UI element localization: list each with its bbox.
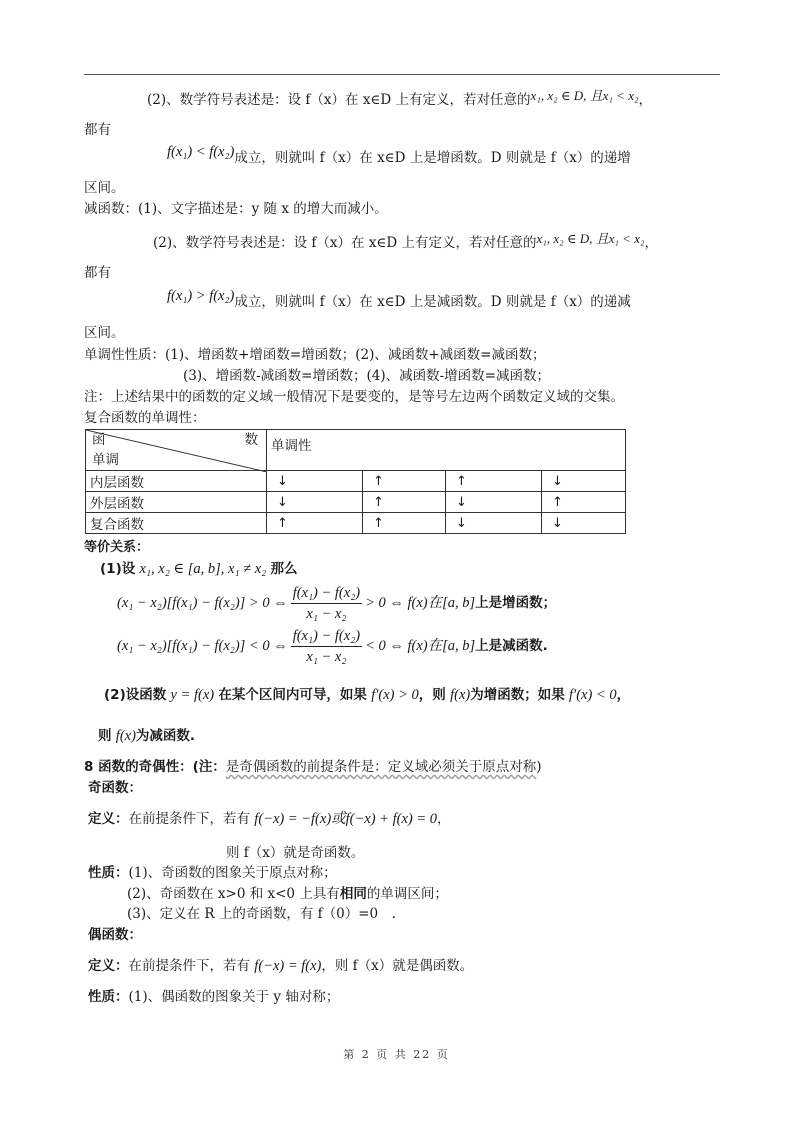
odd-prop2-a: (2)、奇函数在 x>0 和 x<0 上具有: [127, 886, 340, 902]
arrow-icon: ↓: [542, 471, 626, 492]
arrow-icon: ↓: [267, 492, 363, 513]
table-row: 复合函数 ↑ ↑ ↓ ↓: [86, 513, 626, 534]
arrow-icon: ↑: [446, 471, 542, 492]
page-footer: 第 2 页 共 22 页: [0, 1046, 793, 1062]
row-label: 外层函数: [86, 492, 267, 513]
item2-line2-a: 则: [98, 728, 112, 744]
odd-def-line2: 则 f（x）就是奇函数。: [226, 847, 364, 861]
odd-prop1: 性质：(1)、奇函数的图象关于原点对称；: [88, 867, 337, 881]
item2-g: 为增函数；如果: [470, 687, 565, 703]
item2-f: f(x): [450, 687, 470, 703]
even-def-math: f(−x) = f(x): [254, 958, 321, 974]
odd-definition: 定义：在前提条件下，若有 f(−x) = −f(x)或f(−x) + f(x) …: [88, 812, 451, 827]
arrow-icon: ↓: [446, 513, 542, 534]
even-def-label: 定义：: [88, 958, 129, 974]
item1-suffix: 那么: [270, 561, 297, 577]
row-label: 复合函数: [86, 513, 267, 534]
corner-bottom-left: 单调: [92, 454, 119, 468]
increasing-symbolic-label: (2)、数学符号表述是：设 f（x）在 x∈D 上有定义，若对任意的: [147, 92, 531, 108]
table-row: 外层函数 ↓ ↑ ↓ ↑: [86, 492, 626, 513]
arrow-icon: ↑: [363, 471, 446, 492]
item2-line2-c: 为减函数.: [136, 728, 195, 744]
parity-heading-underlined: 是奇偶函数的前提条件是：定义域必须关于原点对称: [226, 759, 537, 775]
eq1-fraction: f(x₁) − f(x₂) x₁ − x₂: [291, 586, 362, 621]
eq1-numerator: f(x₁) − f(x₂): [291, 586, 362, 604]
eq1-right: > 0 ⇔ f(x)在[a, b]: [365, 596, 475, 611]
table-header-monotonicity: 单调性: [267, 430, 626, 471]
item2-line2-b: f(x): [116, 728, 136, 744]
eq2-right: < 0 ⇔ f(x)在[a, b]: [365, 639, 475, 654]
comma: ，: [437, 811, 451, 827]
even-prop-label: 性质：: [88, 989, 129, 1005]
even-def-rest: ，则 f（x）就是偶函数。: [321, 958, 473, 974]
odd-prop2-b: 的单调区间；: [367, 886, 448, 902]
odd-prop1-text: (1)、奇函数的图象关于原点对称；: [129, 865, 337, 881]
odd-def-math: f(−x) = −f(x)或f(−x) + f(x) = 0: [254, 811, 437, 827]
decreasing-title-line: 减函数：(1)、文字描述是：y 随 x 的增大而减小。: [84, 203, 388, 217]
composite-monotonicity-table: 函 数 单调 单调性 内层函数 ↓ ↑ ↑ ↓ 外层函数 ↓ ↑ ↓ ↑ 复合函…: [85, 429, 626, 534]
comma: ，: [639, 92, 653, 108]
properties-line1: 单调性性质：(1)、增函数+增函数=增函数；(2)、减函数+减函数=减函数；: [84, 349, 546, 363]
eq1-end: 上是增函数；: [475, 597, 556, 611]
arrow-icon: ↓: [446, 492, 542, 513]
parity-heading-close: ): [536, 759, 541, 775]
even-prop1-text: (1)、偶函数的图象关于 y 轴对称；: [129, 989, 340, 1005]
decreasing-symbolic-label: (2)、数学符号表述是：设 f（x）在 x∈D 上有定义，若对任意的: [153, 235, 537, 251]
increasing-inequality: f(x₁) < f(x₂): [167, 144, 234, 160]
header-rule: [84, 74, 720, 75]
eq2-left: (x₁ − x₂)[f(x₁) − f(x₂)] < 0 ⇔: [117, 639, 288, 654]
eq1-left: (x₁ − x₂)[f(x₁) − f(x₂)] > 0 ⇔: [117, 596, 288, 611]
even-definition: 定义：在前提条件下，若有 f(−x) = f(x)，则 f（x）就是偶函数。: [88, 959, 473, 974]
item2-d: f′(x) > 0: [371, 687, 419, 703]
parity-heading-bold: 8 函数的奇偶性：(注：: [84, 759, 226, 775]
parity-heading: 8 函数的奇偶性：(注：是奇偶函数的前提条件是：定义域必须关于原点对称): [84, 761, 542, 775]
eq2-fraction: f(x₁) − f(x₂) x₁ − x₂: [291, 629, 362, 664]
properties-note: 注：上述结果中的函数的定义域一般情况下是要变的，是等号左边两个函数定义域的交集。: [84, 391, 624, 405]
equivalence-eq2: (x₁ − x₂)[f(x₁) − f(x₂)] < 0 ⇔ f(x₁) − f…: [117, 629, 548, 664]
increasing-symbolic-line: (2)、数学符号表述是：设 f（x）在 x∈D 上有定义，若对任意的x₁, x₂…: [147, 93, 652, 108]
even-title: 偶函数：: [88, 929, 142, 943]
item2-b: y = f(x): [171, 687, 215, 703]
odd-title: 奇函数：: [88, 782, 142, 796]
increasing-conclusion: 成立，则就叫 f（x）在 x∈D 上是增函数。D 则就是 f（x）的递增: [234, 150, 630, 166]
corner-top-right: 数: [245, 434, 259, 448]
decreasing-interval-end: 区间。: [84, 327, 125, 341]
properties-line2: (3)、增函数-减函数=增函数；(4)、减函数-增函数=减函数；: [183, 370, 550, 384]
eq2-denominator: x₁ − x₂: [291, 647, 362, 665]
item2-e: ，则: [419, 687, 446, 703]
odd-prop2-bold: 相同: [340, 886, 367, 902]
increasing-inequality-line: f(x₁) < f(x₂)成立，则就叫 f（x）在 x∈D 上是增函数。D 则就…: [167, 148, 631, 163]
increasing-all-have: 都有: [84, 124, 111, 138]
equivalence-item2: (2)设函数 y = f(x) 在某个区间内可导，如果 f′(x) > 0，则 …: [104, 688, 630, 703]
even-def-text: 在前提条件下，若有: [129, 958, 251, 974]
decreasing-conclusion: 成立，则就叫 f（x）在 x∈D 上是减函数。D 则就是 f（x）的递减: [234, 294, 630, 310]
table-row: 内层函数 ↓ ↑ ↑ ↓: [86, 471, 626, 492]
odd-prop-label: 性质：: [88, 865, 129, 881]
item1-prefix: (1)设: [100, 561, 135, 577]
decreasing-condition-math: x₁, x₂ ∈ D, 且x₁ < x₂: [537, 231, 645, 246]
odd-def-text: 在前提条件下，若有: [129, 811, 251, 827]
increasing-condition-math: x₁, x₂ ∈ D, 且x₁ < x₂: [531, 88, 639, 103]
equivalence-item1: (1)设 x₁, x₂ ∈ [a, b], x₁ ≠ x₂ 那么: [100, 562, 297, 577]
equivalence-item2-line2: 则 f(x)为减函数.: [98, 729, 195, 744]
eq2-end: 上是减函数.: [475, 640, 548, 654]
corner-top-left: 函: [92, 434, 106, 448]
decreasing-inequality-line: f(x₁) > f(x₂)成立，则就叫 f（x）在 x∈D 上是减函数。D 则就…: [167, 292, 631, 307]
increasing-interval-end: 区间。: [84, 182, 125, 196]
item2-a: (2)设函数: [104, 687, 166, 703]
odd-def-label: 定义：: [88, 811, 129, 827]
decreasing-inequality: f(x₁) > f(x₂): [167, 288, 234, 304]
arrow-icon: ↓: [542, 513, 626, 534]
composite-title: 复合函数的单调性：: [84, 412, 206, 426]
even-prop1: 性质：(1)、偶函数的图象关于 y 轴对称；: [88, 991, 339, 1005]
item1-math: x₁, x₂ ∈ [a, b], x₁ ≠ x₂: [140, 561, 267, 577]
arrow-icon: ↑: [542, 492, 626, 513]
arrow-icon: ↑: [363, 492, 446, 513]
eq2-numerator: f(x₁) − f(x₂): [291, 629, 362, 647]
table-header-row: 函 数 单调 单调性: [86, 430, 626, 471]
arrow-icon: ↓: [267, 471, 363, 492]
arrow-icon: ↑: [267, 513, 363, 534]
row-label: 内层函数: [86, 471, 267, 492]
equivalence-eq1: (x₁ − x₂)[f(x₁) − f(x₂)] > 0 ⇔ f(x₁) − f…: [117, 586, 556, 621]
equivalence-title: 等价关系：: [84, 541, 149, 554]
item2-c: 在某个区间内可导，如果: [218, 687, 367, 703]
eq1-denominator: x₁ − x₂: [291, 604, 362, 622]
odd-prop3: (3)、定义在 R 上的奇函数，有 f（0）=0 .: [127, 908, 396, 922]
item2-i: ，: [617, 687, 631, 703]
item2-h: f′(x) < 0: [569, 687, 617, 703]
table-corner-cell: 函 数 单调: [86, 430, 267, 471]
comma: ，: [645, 235, 659, 251]
decreasing-all-have: 都有: [84, 267, 111, 281]
decreasing-symbolic-line: (2)、数学符号表述是：设 f（x）在 x∈D 上有定义，若对任意的x₁, x₂…: [153, 236, 658, 251]
arrow-icon: ↑: [363, 513, 446, 534]
odd-prop2: (2)、奇函数在 x>0 和 x<0 上具有相同的单调区间；: [127, 888, 448, 902]
